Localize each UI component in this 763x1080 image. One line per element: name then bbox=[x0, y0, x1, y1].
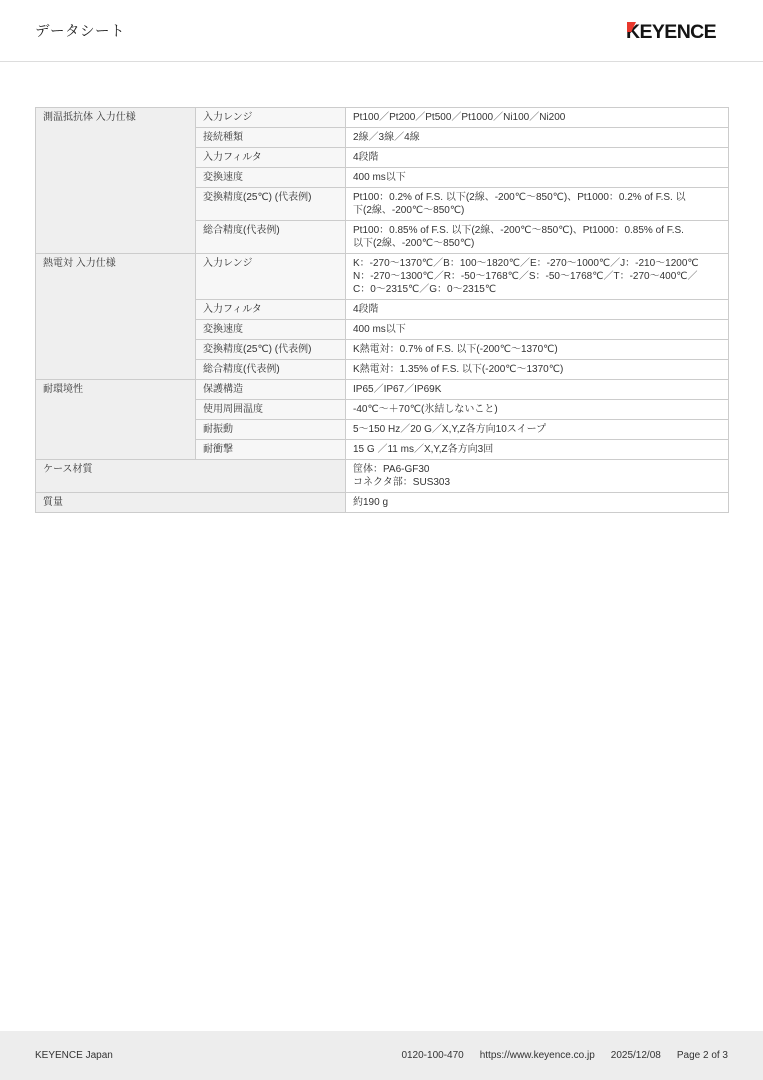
spec-name: 変換精度(25℃) (代表例) bbox=[196, 340, 346, 360]
spec-value: 約190 g bbox=[346, 493, 729, 513]
spec-name: 接続種類 bbox=[196, 128, 346, 148]
spec-name: 入力フィルタ bbox=[196, 148, 346, 168]
spec-value: 4段階 bbox=[346, 300, 729, 320]
spec-name: 耐振動 bbox=[196, 420, 346, 440]
page-footer: KEYENCE Japan 0120-100-470 https://www.k… bbox=[0, 1031, 763, 1080]
spec-name: 変換精度(25℃) (代表例) bbox=[196, 188, 346, 221]
section-label-thermocouple: 熱電対 入力仕様 bbox=[36, 254, 196, 380]
table-row: ケース材質 筐体：PA6-GF30 コネクタ部：SUS303 bbox=[36, 460, 729, 493]
section-label-case-material: ケース材質 bbox=[36, 460, 346, 493]
table-row: 熱電対 入力仕様 入力レンジ K：-270～1370℃／B：100～1820℃／… bbox=[36, 254, 729, 300]
logo-text: KEYENCE bbox=[626, 21, 717, 42]
keyence-logo: KEYENCE bbox=[626, 20, 728, 42]
spec-value: K熱電対：0.7% of F.S. 以下(-200℃～1370℃) bbox=[346, 340, 729, 360]
spec-table-container: 測温抵抗体 入力仕様 入力レンジ Pt100／Pt200／Pt500／Pt100… bbox=[0, 62, 763, 513]
table-row: 耐環境性 保護構造 IP65／IP67／IP69K bbox=[36, 380, 729, 400]
spec-value: 筐体：PA6-GF30 コネクタ部：SUS303 bbox=[346, 460, 729, 493]
page-header: データシート KEYENCE bbox=[0, 0, 763, 62]
footer-meta: 0120-100-470 https://www.keyence.co.jp 2… bbox=[401, 1050, 728, 1061]
spec-value: K熱電対：1.35% of F.S. 以下(-200℃～1370℃) bbox=[346, 360, 729, 380]
spec-value: 400 ms以下 bbox=[346, 320, 729, 340]
section-label-environment: 耐環境性 bbox=[36, 380, 196, 460]
spec-value: 4段階 bbox=[346, 148, 729, 168]
spec-value: 5～150 Hz／20 G／X,Y,Z各方向10スイープ bbox=[346, 420, 729, 440]
spec-value: Pt100／Pt200／Pt500／Pt1000／Ni100／Ni200 bbox=[346, 108, 729, 128]
spec-name: 使用周囲温度 bbox=[196, 400, 346, 420]
spec-name: 変換速度 bbox=[196, 168, 346, 188]
spec-value: IP65／IP67／IP69K bbox=[346, 380, 729, 400]
page-title: データシート bbox=[35, 20, 125, 41]
datasheet-page: データシート KEYENCE 測温抵抗体 入力仕様 入力レンジ Pt100／Pt… bbox=[0, 0, 763, 1080]
spec-name: 入力レンジ bbox=[196, 254, 346, 300]
spec-value: 2線／3線／4線 bbox=[346, 128, 729, 148]
footer-company: KEYENCE Japan bbox=[35, 1050, 113, 1061]
spec-value: 400 ms以下 bbox=[346, 168, 729, 188]
spec-value: Pt100：0.2% of F.S. 以下(2線、-200℃～850℃)、Pt1… bbox=[346, 188, 729, 221]
spec-value: Pt100：0.85% of F.S. 以下(2線、-200℃～850℃)、Pt… bbox=[346, 221, 729, 254]
spec-name: 入力フィルタ bbox=[196, 300, 346, 320]
spec-value: K：-270～1370℃／B：100～1820℃／E：-270～1000℃／J：… bbox=[346, 254, 729, 300]
spec-name: 変換速度 bbox=[196, 320, 346, 340]
table-row: 測温抵抗体 入力仕様 入力レンジ Pt100／Pt200／Pt500／Pt100… bbox=[36, 108, 729, 128]
footer-url: https://www.keyence.co.jp bbox=[480, 1050, 595, 1061]
footer-date: 2025/12/08 bbox=[611, 1050, 661, 1061]
spec-name: 総合精度(代表例) bbox=[196, 221, 346, 254]
spec-value: 15 G ／11 ms／X,Y,Z各方向3回 bbox=[346, 440, 729, 460]
table-row: 質量 約190 g bbox=[36, 493, 729, 513]
spec-value: -40℃～＋70℃(氷結しないこと) bbox=[346, 400, 729, 420]
spec-name: 保護構造 bbox=[196, 380, 346, 400]
spec-name: 耐衝撃 bbox=[196, 440, 346, 460]
section-label-rtd: 測温抵抗体 入力仕様 bbox=[36, 108, 196, 254]
spec-name: 総合精度(代表例) bbox=[196, 360, 346, 380]
footer-page-number: Page 2 of 3 bbox=[677, 1050, 728, 1061]
section-label-mass: 質量 bbox=[36, 493, 346, 513]
spec-table: 測温抵抗体 入力仕様 入力レンジ Pt100／Pt200／Pt500／Pt100… bbox=[35, 107, 729, 513]
spec-name: 入力レンジ bbox=[196, 108, 346, 128]
footer-phone: 0120-100-470 bbox=[401, 1050, 463, 1061]
